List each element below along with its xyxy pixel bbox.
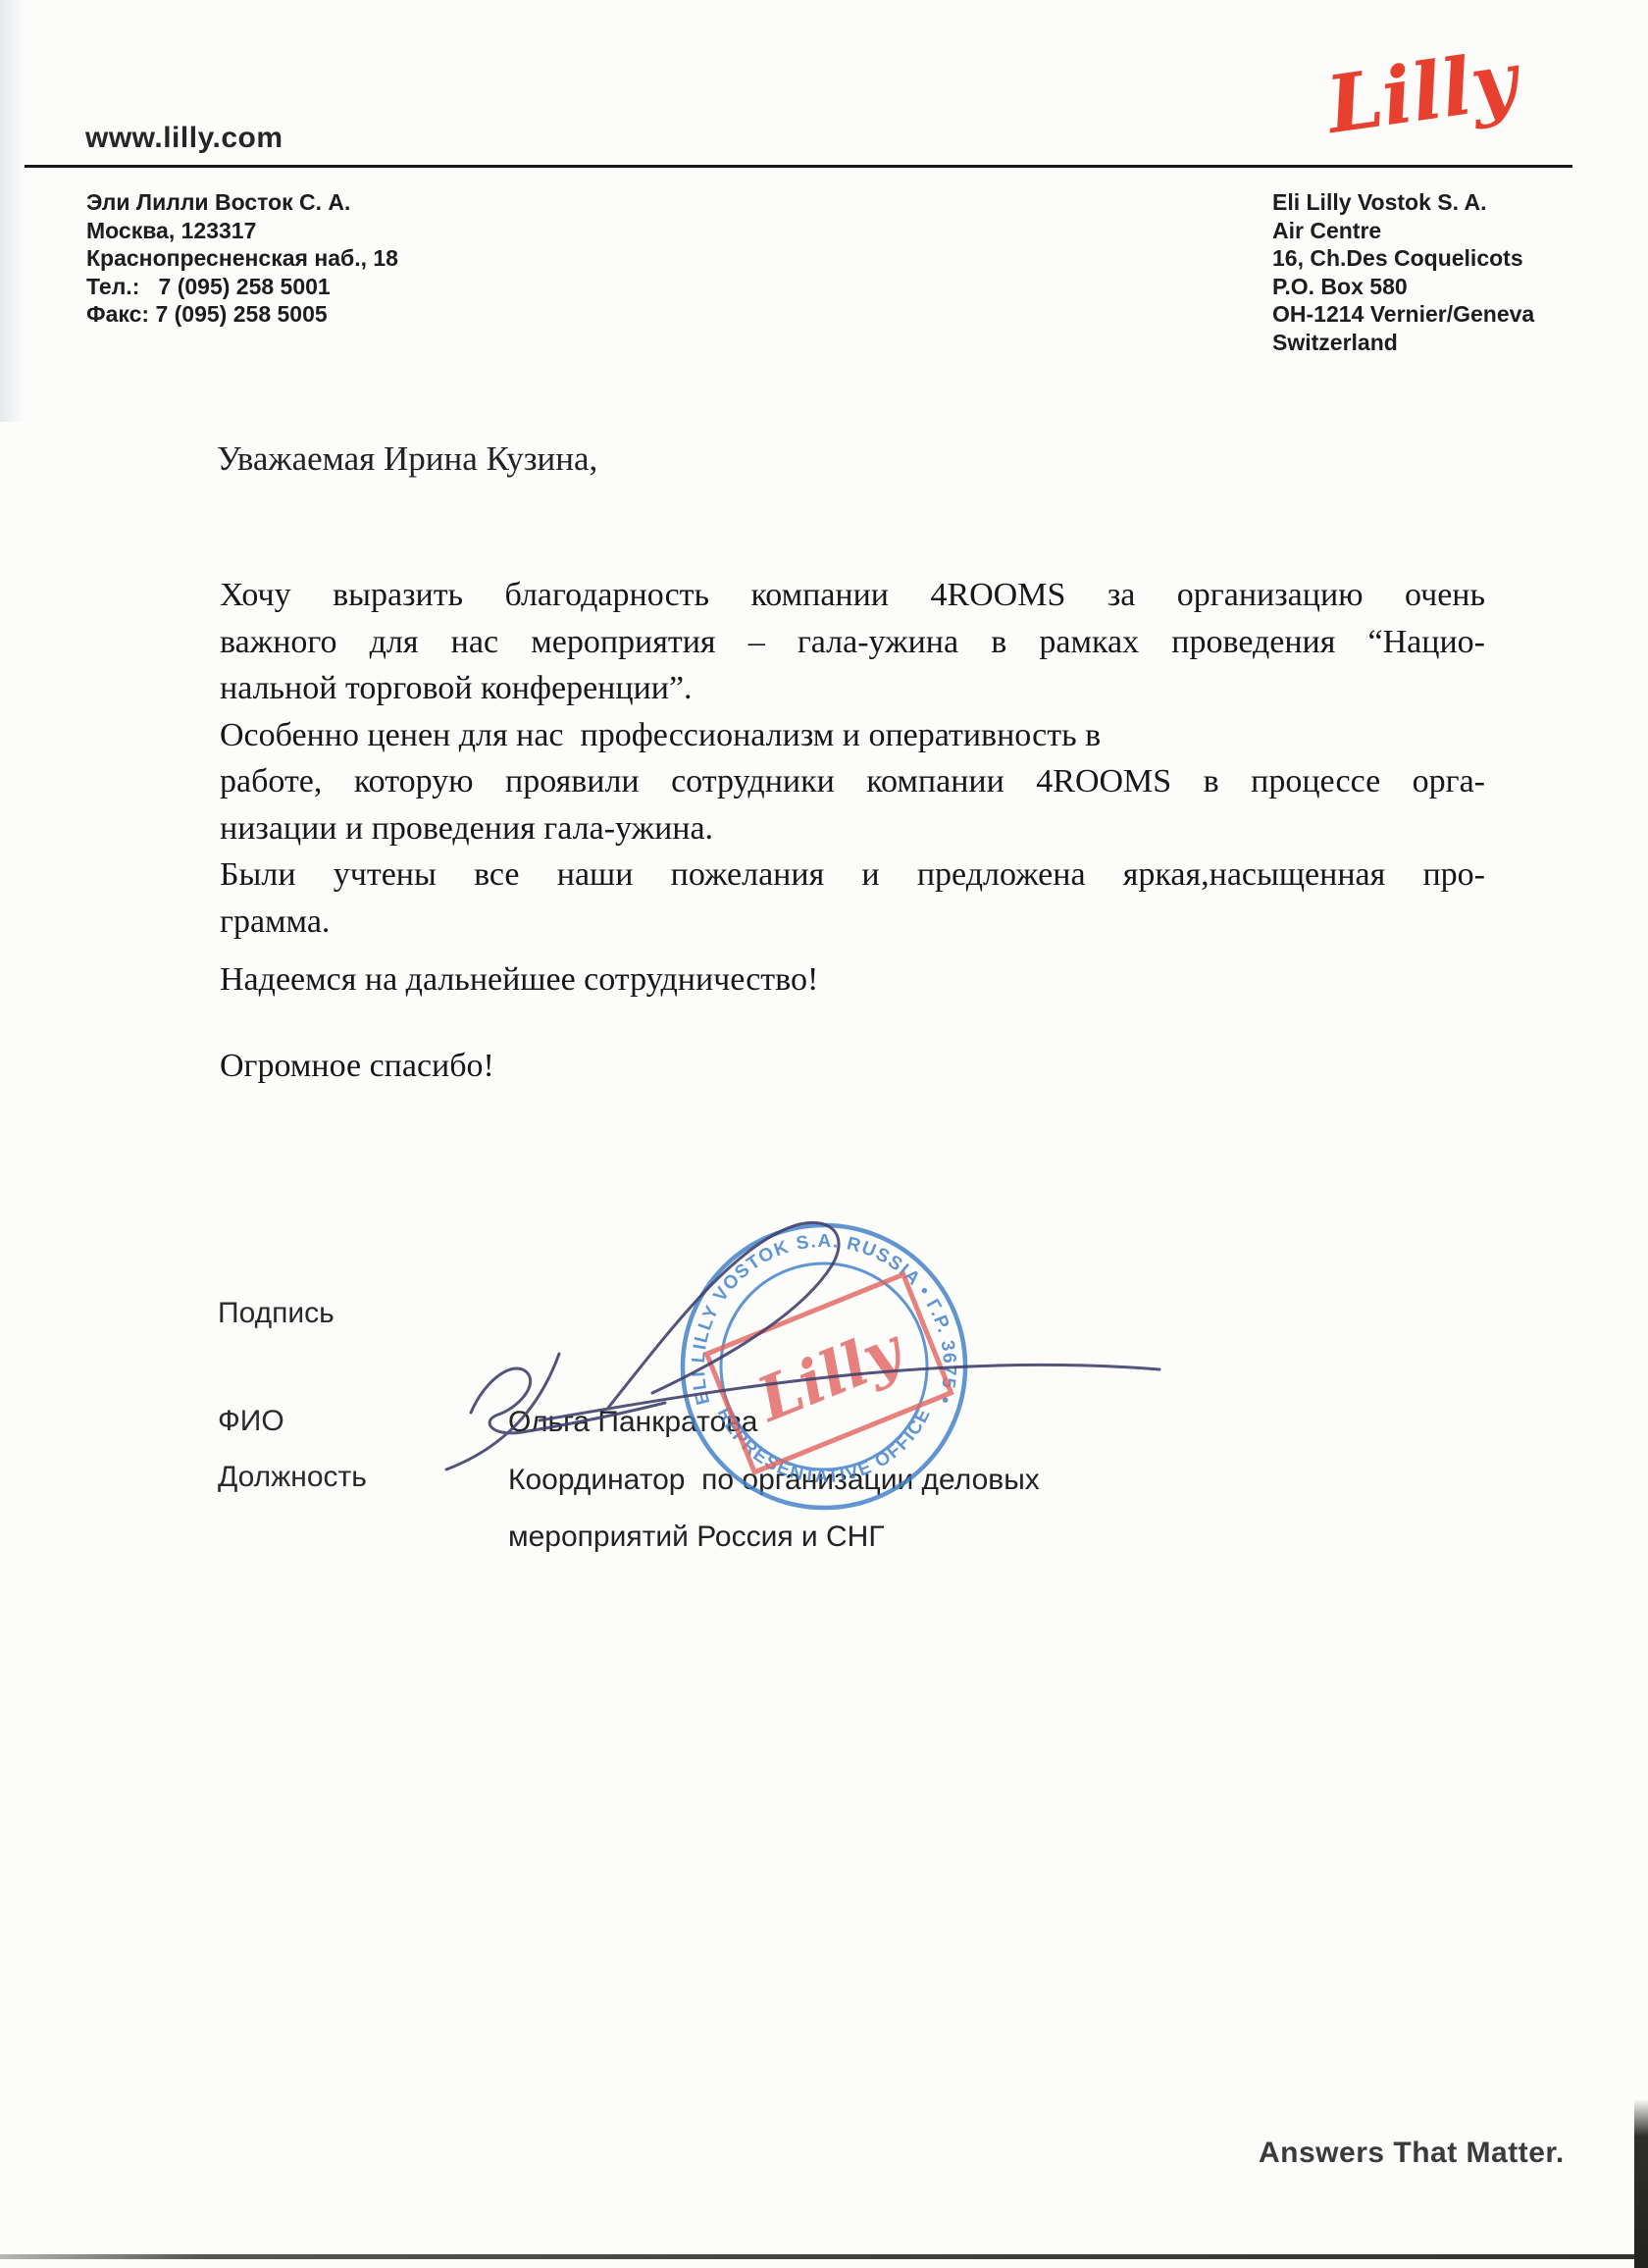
lilly-logo: Lilly (1305, 22, 1540, 159)
lilly-logo-text: Lilly (1319, 32, 1528, 151)
body-line: Особенно ценен для нас профессионализм и… (220, 712, 1485, 759)
website-url: www.lilly.com (85, 122, 283, 155)
body-line: грамма. (220, 899, 1485, 946)
body-line: работе, которую проявили сотрудники комп… (220, 758, 1485, 805)
body-line: низации и проведения гала-ужина. (220, 805, 1485, 852)
address-line: Краснопресненская наб., 18 (86, 244, 398, 273)
address-line: Air Centre (1272, 217, 1534, 245)
scan-edge-shading (0, 0, 24, 422)
label-position: Должность (218, 1461, 367, 1494)
scan-bottom-edge (0, 2254, 1648, 2259)
salutation: Уважаемая Ирина Кузина, (217, 439, 597, 479)
header-divider (25, 165, 1572, 168)
label-signature: Подпись (218, 1297, 335, 1330)
body-line: важного для нас мероприятия – гала-ужина… (220, 619, 1485, 666)
address-line: 16, Ch.Des Coquelicots (1272, 244, 1534, 273)
address-line: Eli Lilly Vostok S. A. (1272, 188, 1534, 217)
address-line: Эли Лилли Восток С. А. (86, 188, 398, 217)
footer-tagline: Answers That Matter. (1259, 2137, 1565, 2170)
closing-line-cooperation: Надеемся на дальнейшее сотрудничество! (220, 961, 818, 999)
body-line: нальной торговой конференции”. (220, 665, 1485, 712)
address-block-geneva: Eli Lilly Vostok S. A. Air Centre 16, Ch… (1272, 188, 1534, 356)
address-line: Switzerland (1272, 329, 1534, 357)
letter-body: Хочу выразить благодарность компании 4RO… (220, 572, 1485, 945)
scanned-letter-page: Lilly www.lilly.com Эли Лилли Восток С. … (0, 0, 1648, 2268)
body-line: Хочу выразить благодарность компании 4RO… (220, 572, 1485, 619)
body-line: Были учтены все наши пожелания и предлож… (220, 851, 1485, 899)
address-block-moscow: Эли Лилли Восток С. А. Москва, 123317 Кр… (86, 188, 398, 329)
address-line-phone: Тел.: 7 (095) 258 5001 (86, 273, 398, 301)
address-line: OH-1214 Vernier/Geneva (1272, 300, 1534, 329)
address-line-fax: Факс: 7 (095) 258 5005 (86, 300, 398, 329)
scan-right-edge (1634, 2099, 1648, 2268)
closing-line-thanks: Огромное спасибо! (220, 1048, 494, 1085)
address-line: P.O. Box 580 (1272, 273, 1534, 301)
address-line: Москва, 123317 (86, 217, 398, 245)
label-name: ФИО (218, 1405, 284, 1438)
handwritten-signature (412, 1197, 1197, 1530)
